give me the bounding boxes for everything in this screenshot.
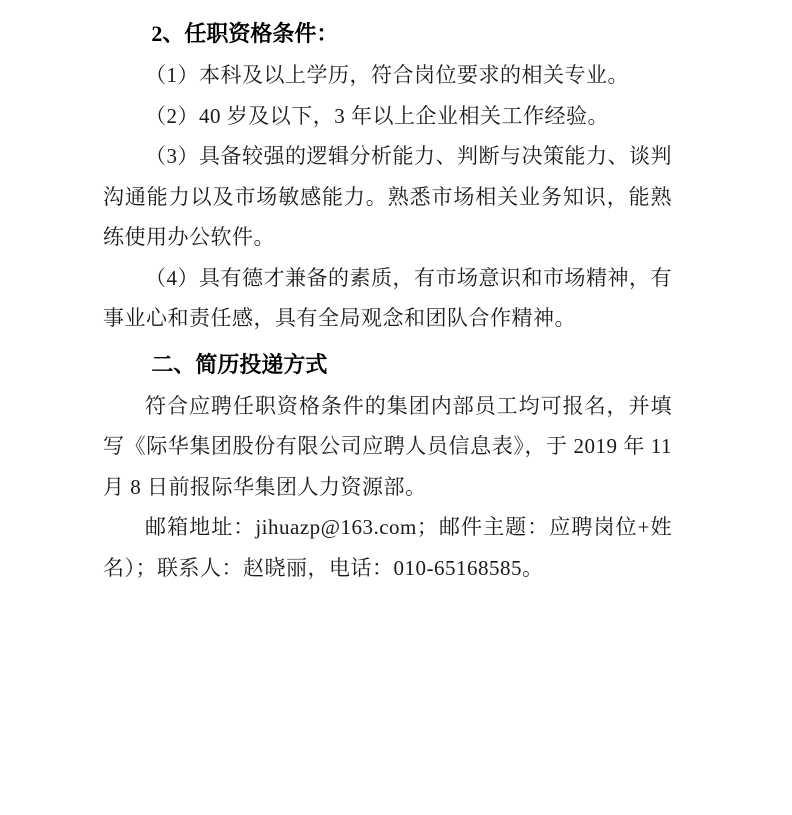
document-page: 2、任职资格条件： （1）本科及以上学历，符合岗位要求的相关专业。 （2）40 … <box>0 0 792 815</box>
section-heading-resume-submission: 二、简历投递方式 <box>103 344 672 386</box>
section-heading-qualification-requirements: 2、任职资格条件： <box>103 13 672 55</box>
qualification-item-4: （4）具有德才兼备的素质，有市场意识和市场精神，有事业心和责任感，具有全局观念和… <box>103 258 672 339</box>
qualification-item-2: （2）40 岁及以下，3 年以上企业相关工作经验。 <box>103 96 672 137</box>
resume-submission-paragraph: 符合应聘任职资格条件的集团内部员工均可报名，并填写《际华集团股份有限公司应聘人员… <box>103 386 672 508</box>
qualification-item-3: （3）具备较强的逻辑分析能力、判断与决策能力、谈判沟通能力以及市场敏感能力。熟悉… <box>103 136 672 258</box>
contact-info-paragraph: 邮箱地址：jihuazp@163.com；邮件主题：应聘岗位+姓名）；联系人：赵… <box>103 507 672 588</box>
qualification-item-1: （1）本科及以上学历，符合岗位要求的相关专业。 <box>103 55 672 96</box>
